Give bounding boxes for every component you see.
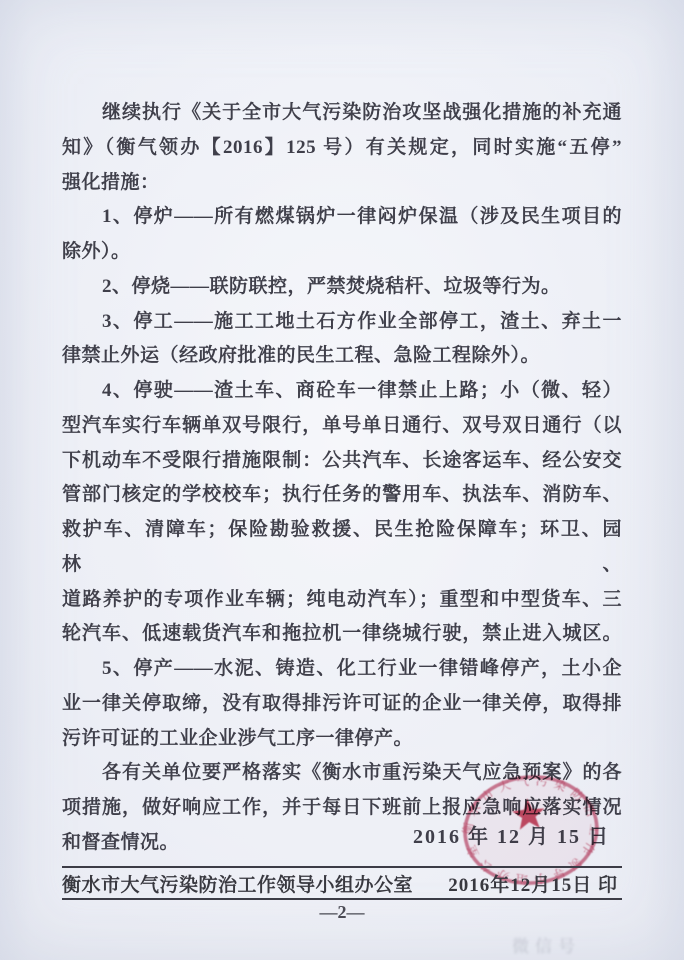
body-line: 业一律关停取缔，没有取得排污许可证的企业一律关停，取得排 xyxy=(62,687,622,722)
body-line: 强化措施： xyxy=(62,166,622,201)
body-line: 救护车、清障车；保险勘验救援、民生抢险保障车；环卫、园林、 xyxy=(62,513,622,583)
footer-rule-bottom xyxy=(62,898,622,900)
document-date: 2016 年 12 月 15 日 xyxy=(62,820,610,849)
body-line: 下机动车不受限行措施限制：公共汽车、长途客运车、经公安交 xyxy=(62,444,622,479)
body-line: 5、停产——水泥、铸造、化工行业一律错峰停产，土小企 xyxy=(62,652,622,687)
body-line: 律禁止外运（经政府批准的民生工程、急险工程除外）。 xyxy=(62,339,622,374)
footer-issuer: 衡水市大气污染防治工作领导小组办公室 xyxy=(62,870,413,897)
document-photo: 继续执行《关于全市大气污染防治攻坚战强化措施的补充通知》（衡气领办【2016】1… xyxy=(0,0,684,960)
faint-watermark-text: 微信号 xyxy=(512,932,581,957)
body-line: 轮汽车、低速载货汽车和拖拉机一律绕城行驶，禁止进入城区。 xyxy=(62,617,622,652)
body-line: 管部门核定的学校校车；执行任务的警用车、执法车、消防车、 xyxy=(62,478,622,513)
body-line: 继续执行《关于全市大气污染防治攻坚战强化措施的补充通 xyxy=(62,96,622,131)
body-line: 1、停炉——所有燃煤锅炉一律闷炉保温（涉及民生项目的 xyxy=(62,200,622,235)
body-line: 型汽车实行车辆单双号限行，单号单日通行、双号双日通行（以 xyxy=(62,409,622,444)
footer-print-date: 2016年12月15日 印 xyxy=(448,870,622,897)
page-number: —2— xyxy=(62,902,622,923)
document-body: 继续执行《关于全市大气污染防治攻坚战强化措施的补充通知》（衡气领办【2016】1… xyxy=(62,96,622,861)
body-line: 4、停驶——渣土车、商砼车一律禁止上路；小（微、轻） xyxy=(62,374,622,409)
body-line: 道路养护的专项作业车辆；纯电动汽车）；重型和中型货车、三 xyxy=(62,583,622,618)
body-line: 知》（衡气领办【2016】125 号）有关规定，同时实施“五停” xyxy=(62,131,622,166)
body-line: 2、停烧——联防联控，严禁焚烧秸杆、垃圾等行为。 xyxy=(62,270,622,305)
body-line: 污许可证的工业企业涉气工序一律停产。 xyxy=(62,722,622,757)
body-line: 除外）。 xyxy=(62,235,622,270)
document-footer: 衡水市大气污染防治工作领导小组办公室 2016年12月15日 印 xyxy=(62,866,622,900)
body-line: 各有关单位要严格落实《衡水市重污染天气应急预案》的各 xyxy=(62,756,622,791)
body-line: 3、停工——施工工地土石方作业全部停工，渣土、弃土一 xyxy=(62,305,622,340)
